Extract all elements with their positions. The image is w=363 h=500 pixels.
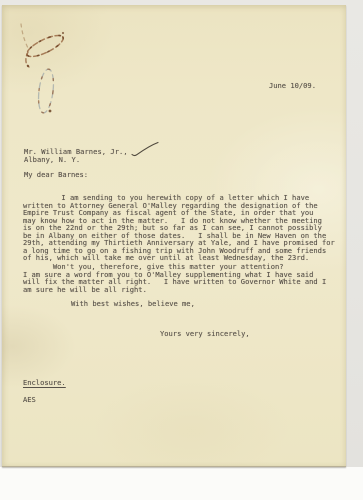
enclosure-notation: Enclosure. bbox=[23, 379, 66, 387]
body-paragraph-2: Won't you, therefore, give this matter y… bbox=[23, 263, 326, 293]
letter-date: June 10/09. bbox=[269, 82, 316, 90]
typist-initials: AES bbox=[23, 396, 36, 404]
closing-line: Yours very sincerely, bbox=[160, 330, 250, 338]
paperclip-rust-mark bbox=[16, 20, 72, 120]
salutation: My dear Barnes: bbox=[24, 171, 88, 179]
letter-paper: June 10/09. Mr. William Barnes, Jr., Alb… bbox=[2, 5, 346, 467]
recipient-city: Albany, N. Y. bbox=[24, 156, 80, 164]
body-paragraph-1: I am sending to you herewith copy of a l… bbox=[23, 194, 335, 262]
regards-line: With best wishes, believe me, bbox=[71, 300, 195, 308]
checkmark-annotation bbox=[129, 140, 163, 160]
